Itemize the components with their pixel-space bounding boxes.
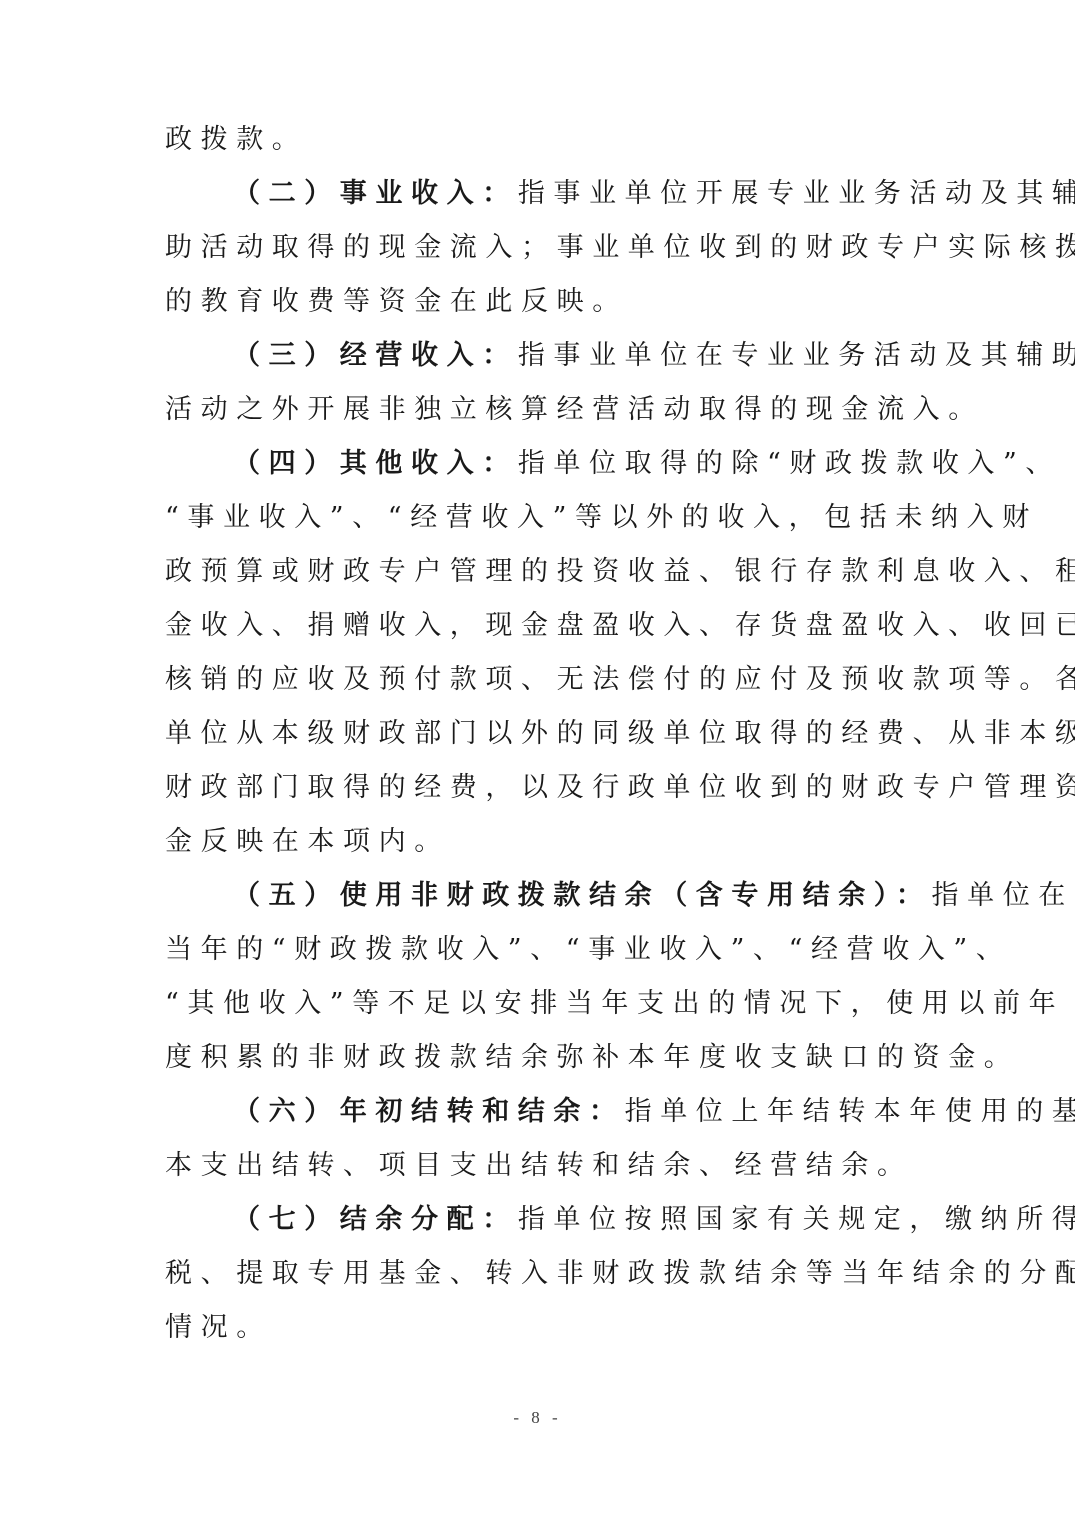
paragraph-text: 活动之外开展非独立核算经营活动取得的现金流入。 bbox=[165, 394, 984, 425]
text-line: 的教育收费等资金在此反映。 bbox=[165, 275, 915, 329]
section-heading: （二）事业收入： bbox=[233, 178, 518, 209]
text-line: （六）年初结转和结余：指单位上年结转本年使用的基 bbox=[233, 1085, 915, 1139]
paragraph-text: 金收入、捐赠收入，现金盘盈收入、存货盘盈收入、收回已 bbox=[165, 610, 1075, 641]
text-line: 单位从本级财政部门以外的同级单位取得的经费、从非本级 bbox=[165, 707, 915, 761]
text-line: 本支出结转、项目支出结转和结余、经营结余。 bbox=[165, 1139, 915, 1193]
paragraph-text: 指单位在 bbox=[932, 880, 1074, 911]
section-heading: （七）结余分配： bbox=[233, 1204, 518, 1235]
paragraph-text: “其他收入”等不足以安排当年支出的情况下，使用以前年 bbox=[165, 988, 1064, 1019]
paragraph-text: 情况。 bbox=[165, 1312, 272, 1343]
paragraph-text: 政拨款。 bbox=[165, 124, 307, 155]
text-line: 金反映在本项内。 bbox=[165, 815, 915, 869]
text-line: 助活动取得的现金流入；事业单位收到的财政专户实际核拨 bbox=[165, 221, 915, 275]
paragraph-text: 的教育收费等资金在此反映。 bbox=[165, 286, 628, 317]
text-line: 当年的“财政拨款收入”、“事业收入”、“经营收入”、 bbox=[165, 923, 915, 977]
text-line: （五）使用非财政拨款结余（含专用结余）：指单位在 bbox=[233, 869, 915, 923]
text-line: 政预算或财政专户管理的投资收益、银行存款利息收入、租 bbox=[165, 545, 915, 599]
page-number: - 8 - bbox=[0, 1408, 1075, 1428]
text-line: （四）其他收入：指单位取得的除“财政拨款收入”、 bbox=[233, 437, 915, 491]
paragraph-text: 指单位按照国家有关规定，缴纳所得 bbox=[518, 1204, 1075, 1235]
paragraph-text: 单位从本级财政部门以外的同级单位取得的经费、从非本级 bbox=[165, 718, 1075, 749]
paragraph-text: “事业收入”、“经营收入”等以外的收入，包括未纳入财 bbox=[165, 502, 1038, 533]
section-heading: （五）使用非财政拨款结余（含专用结余）： bbox=[233, 880, 932, 911]
text-line: （三）经营收入：指事业单位在专业业务活动及其辅助 bbox=[233, 329, 915, 383]
section-heading: （六）年初结转和结余： bbox=[233, 1096, 625, 1127]
text-line: （二）事业收入：指事业单位开展专业业务活动及其辅 bbox=[233, 167, 915, 221]
paragraph-text: 指单位上年结转本年使用的基 bbox=[625, 1096, 1075, 1127]
section-heading: （三）经营收入： bbox=[233, 340, 518, 371]
text-line: 核销的应收及预付款项、无法偿付的应付及预收款项等。各 bbox=[165, 653, 915, 707]
paragraph-text: 本支出结转、项目支出结转和结余、经营结余。 bbox=[165, 1150, 913, 1181]
section-heading: （四）其他收入： bbox=[233, 448, 518, 479]
paragraph-text: 度积累的非财政拨款结余弥补本年度收支缺口的资金。 bbox=[165, 1042, 1019, 1073]
text-line: （七）结余分配：指单位按照国家有关规定，缴纳所得 bbox=[233, 1193, 915, 1247]
paragraph-text: 当年的“财政拨款收入”、“事业收入”、“经营收入”、 bbox=[165, 934, 1011, 965]
paragraph-text: 指事业单位在专业业务活动及其辅助 bbox=[518, 340, 1075, 371]
paragraph-text: 财政部门取得的经费，以及行政单位收到的财政专户管理资 bbox=[165, 772, 1075, 803]
text-line: 情况。 bbox=[165, 1301, 915, 1355]
text-line: “事业收入”、“经营收入”等以外的收入，包括未纳入财 bbox=[165, 491, 915, 545]
paragraph-text: 助活动取得的现金流入；事业单位收到的财政专户实际核拨 bbox=[165, 232, 1075, 263]
text-line: 财政部门取得的经费，以及行政单位收到的财政专户管理资 bbox=[165, 761, 915, 815]
paragraph-text: 指事业单位开展专业业务活动及其辅 bbox=[518, 178, 1075, 209]
paragraph-text: 金反映在本项内。 bbox=[165, 826, 450, 857]
text-line: “其他收入”等不足以安排当年支出的情况下，使用以前年 bbox=[165, 977, 915, 1031]
text-line: 活动之外开展非独立核算经营活动取得的现金流入。 bbox=[165, 383, 915, 437]
paragraph-text: 指单位取得的除“财政拨款收入”、 bbox=[518, 448, 1061, 479]
paragraph-text: 核销的应收及预付款项、无法偿付的应付及预收款项等。各 bbox=[165, 664, 1075, 695]
text-line: 政拨款。 bbox=[165, 113, 915, 167]
paragraph-text: 税、提取专用基金、转入非财政拨款结余等当年结余的分配 bbox=[165, 1258, 1075, 1289]
text-line: 税、提取专用基金、转入非财政拨款结余等当年结余的分配 bbox=[165, 1247, 915, 1301]
text-line: 金收入、捐赠收入，现金盘盈收入、存货盘盈收入、收回已 bbox=[165, 599, 915, 653]
text-line: 度积累的非财政拨款结余弥补本年度收支缺口的资金。 bbox=[165, 1031, 915, 1085]
paragraph-text: 政预算或财政专户管理的投资收益、银行存款利息收入、租 bbox=[165, 556, 1075, 587]
document-page: 政拨款。（二）事业收入：指事业单位开展专业业务活动及其辅助活动取得的现金流入；事… bbox=[0, 0, 1075, 1520]
